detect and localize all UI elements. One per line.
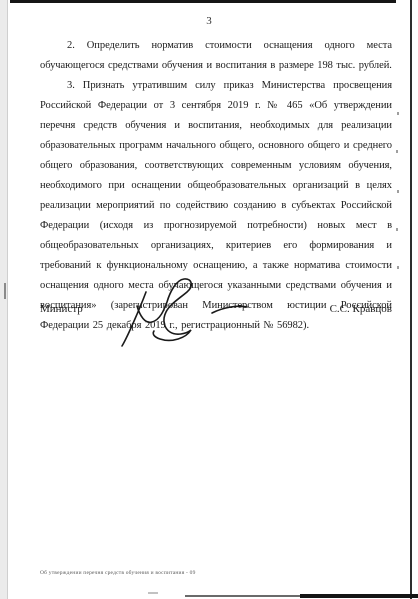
scan-speck [396, 228, 398, 231]
scan-left-edge-mark [4, 283, 6, 299]
page-number: 3 [0, 15, 418, 27]
scan-speck [148, 592, 158, 594]
signature-ink [112, 276, 262, 358]
document-page: 3 2. Определить норматив стоимости оснащ… [0, 0, 418, 599]
scan-speck [397, 266, 399, 269]
paragraph-item-2: 2. Определить норматив стоимости оснащен… [40, 36, 392, 76]
signature-title: Министр [40, 303, 83, 315]
footer-note: Об утверждении перечня средств обучения … [40, 570, 196, 576]
scan-top-edge-line [10, 0, 396, 3]
scan-speck [397, 190, 399, 193]
scan-left-edge-strip [0, 0, 8, 599]
scan-speck [396, 150, 398, 153]
scan-speck [397, 112, 399, 115]
scan-bottom-edge-line-dark [300, 594, 418, 598]
scan-right-edge-line [410, 0, 412, 599]
signature-name: С.С. Кравцов [330, 303, 392, 315]
scan-bottom-edge-line-light [185, 595, 305, 597]
